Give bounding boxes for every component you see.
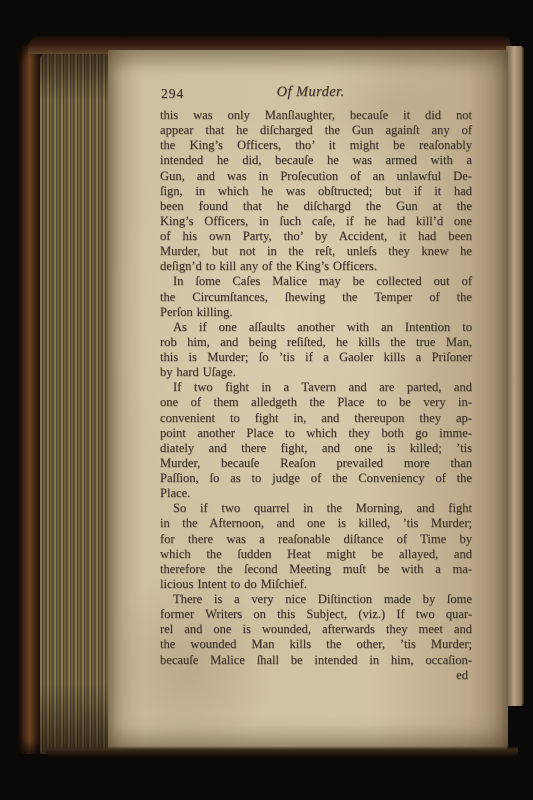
text-line: of his own Party, tho’ by Accident, it h… [160, 229, 472, 244]
paragraph: If two fight in a Tavern and are parted,… [160, 380, 472, 501]
text-line: been found that he diſchargd the Gun at … [160, 199, 472, 214]
text-line: which the ſudden Heat might be allayed, … [160, 547, 472, 562]
text-line: ſign, in which he was obſtructed; but if… [160, 184, 472, 199]
text-line: this was only Manſlaughter, becauſe it d… [160, 108, 472, 123]
text-line: licious Intent to do Miſchief. [160, 577, 472, 592]
text-line: In ſome Caſes Malice may be collected ou… [160, 274, 472, 289]
text-line: becauſe Malice ſhall be intended in him,… [160, 653, 472, 668]
text-line: King’s Officers, in ſuch caſe, if he had… [160, 214, 472, 229]
book-bottom-edge [44, 746, 518, 758]
text-line: appear that he diſcharged the Gun againſ… [160, 123, 472, 138]
paragraphs: this was only Manſlaughter, becauſe it d… [160, 108, 472, 668]
text-line: Murder, becauſe Reaſon prevailed more th… [160, 456, 472, 471]
page-number: 294 [161, 86, 184, 102]
paragraph: So if two quarrel in the Morning, and fi… [160, 501, 472, 592]
running-title: Of Murder. [277, 84, 345, 101]
facing-page-edge [506, 46, 524, 706]
printed-page-content: 294 Of Murder. this was only Manſlaughte… [160, 84, 472, 683]
text-line: rob him, and being reſiſted, he kills th… [160, 335, 472, 350]
text-line: Murder, but not in the reſt, unleſs they… [160, 244, 472, 259]
paragraph: There is a very nice Diſtinction made by… [160, 592, 472, 668]
text-line: Place. [160, 486, 472, 501]
text-line: Paſſion, ſo as to judge of the Convenien… [160, 471, 472, 486]
text-line: former Writers on this Subject, (viz.) I… [160, 607, 472, 622]
text-line: Perſon killing. [160, 305, 472, 320]
text-line: this is Murder; ſo ’tis if a Gaoler kill… [160, 350, 472, 365]
page-header: 294 Of Murder. [160, 84, 472, 104]
paragraph: this was only Manſlaughter, becauſe it d… [160, 108, 472, 274]
text-line: therefore the ſecond Meeting muſt be wit… [160, 562, 472, 577]
text-line: So if two quarrel in the Morning, and fi… [160, 501, 472, 516]
text-line: the Circumſtances, ſhewing the Temper of… [160, 290, 472, 305]
text-line: convenient to fight in, and thereupon th… [160, 411, 472, 426]
paragraph: In ſome Caſes Malice may be collected ou… [160, 274, 472, 319]
text-line: diately and there fight, and one is kill… [160, 441, 472, 456]
text-line: As if one aſſaults another with an Inten… [160, 320, 472, 335]
page-edges-stack [40, 52, 112, 754]
text-line: If two fight in a Tavern and are parted,… [160, 380, 472, 395]
catchword: ed [160, 668, 472, 683]
text-line: rel and one is wounded, afterwards they … [160, 622, 472, 637]
text-line: intended he did, becauſe he was armed wi… [160, 153, 472, 168]
text-line: for there was a reaſonable diſtance of T… [160, 532, 472, 547]
text-line: in the Afternoon, and one is killed, ’ti… [160, 516, 472, 531]
paragraph: As if one aſſaults another with an Inten… [160, 320, 472, 381]
text-line: the King’s Officers, tho’ it might be re… [160, 138, 472, 153]
text-line: Gun, and was in Proſecution of an unlawf… [160, 169, 472, 184]
text-line: There is a very nice Diſtinction made by… [160, 592, 472, 607]
text-line: the wounded Man kills the other, ’tis Mu… [160, 637, 472, 652]
text-line: point another Place to which they both g… [160, 426, 472, 441]
text-line: one of them alledgeth the Place to be ve… [160, 395, 472, 410]
text-line: by hard Uſage. [160, 365, 472, 380]
text-line: deſign’d to kill any of the King’s Offic… [160, 259, 472, 274]
